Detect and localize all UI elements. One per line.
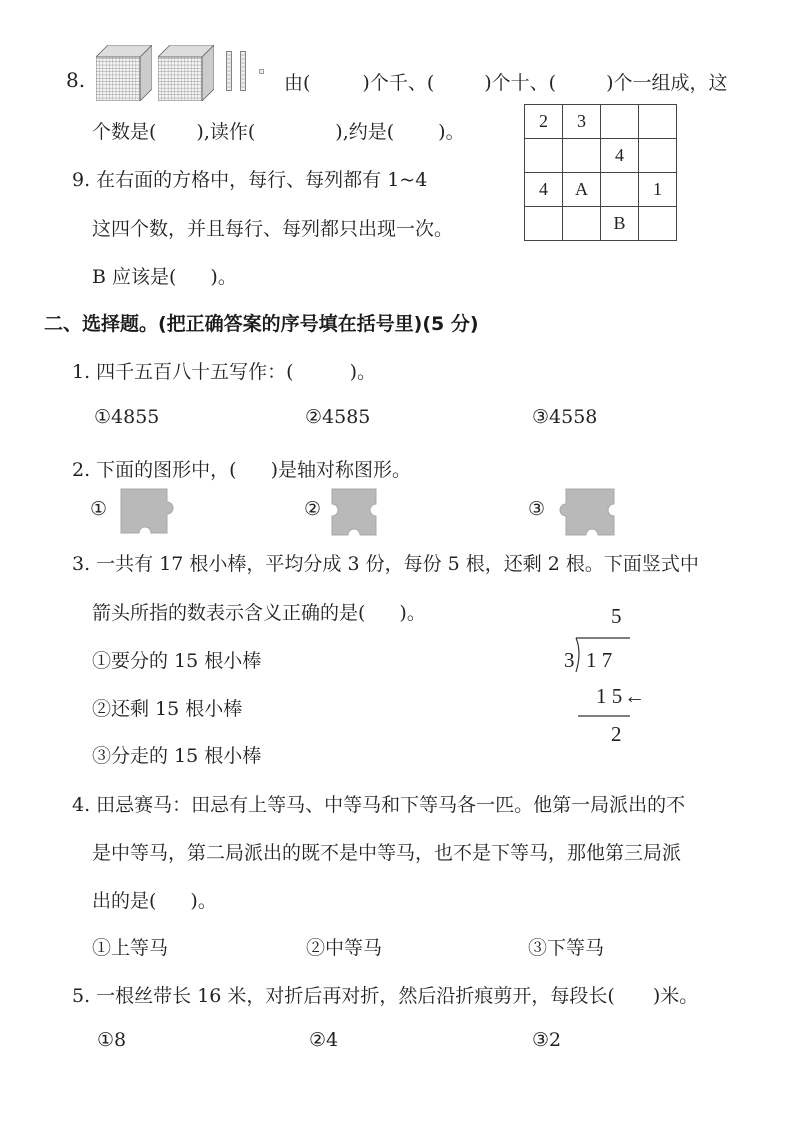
q9-line2: 这四个数，并且每行、每列都只出现一次。 <box>92 214 453 241</box>
q5-option[interactable]: ②4 <box>309 1029 338 1051</box>
q3-line2: 箭头所指的数表示含义正确的是()。 <box>92 598 426 625</box>
grid-cell <box>563 139 601 173</box>
q2-text: 2. 下面的图形中，( <box>72 459 237 481</box>
grid-cell: 2 <box>525 105 563 139</box>
q8-text: ),约是( <box>335 121 394 143</box>
q9-line1: 9. 在右面的方格中，每行、每列都有 1~4 <box>72 165 427 192</box>
divisor: 3 <box>564 648 575 673</box>
grid-cell <box>639 105 677 139</box>
grid-cell <box>525 207 563 241</box>
q8-text: )。 <box>438 121 464 143</box>
q9-text: B 应该是( <box>92 266 176 288</box>
grid-cell <box>601 173 639 207</box>
q2-stem: 2. 下面的图形中，()是轴对称图形。 <box>72 455 411 482</box>
product: 1 5 <box>596 684 622 709</box>
q4-line1: 4. 田忌赛马：田忌有上等马、中等马和下等马各一匹。他第一局派出的不 <box>72 790 685 817</box>
q8-text: 个数是( <box>92 121 156 143</box>
option-label: ② <box>304 498 321 520</box>
q5-text: 5. 一根丝带长 16 米，对折后再对折，然后沿折痕剪开，每段长( <box>72 985 615 1007</box>
puzzle-piece-3-icon <box>548 488 616 536</box>
q1-option[interactable]: ①4855 <box>94 406 159 428</box>
q8-number: 8. <box>66 68 85 92</box>
q4-option[interactable]: ③下等马 <box>528 933 604 960</box>
arrow-icon: ← <box>624 684 645 709</box>
option-label: ③ <box>528 498 545 520</box>
grid-cell: 3 <box>563 105 601 139</box>
q3-option[interactable]: ③分走的 15 根小棒 <box>92 741 261 768</box>
q4-option[interactable]: ②中等马 <box>306 933 382 960</box>
q8-line1: 由()个千、()个十、()个一组成，这 <box>284 68 728 95</box>
puzzle-piece-1-icon <box>120 488 178 534</box>
q5-text: )米。 <box>653 985 698 1007</box>
q4-text: )。 <box>190 890 216 912</box>
option-label: ① <box>90 498 107 520</box>
puzzle-piece-2-icon <box>326 488 382 536</box>
q1-stem: 1. 四千五百八十五写作：()。 <box>72 357 376 384</box>
thousand-cube-icon <box>96 45 152 101</box>
one-unit-icon <box>259 69 264 74</box>
grid-row: 4 <box>525 139 677 173</box>
q1-option[interactable]: ②4585 <box>305 406 370 428</box>
q8-line2: 个数是(),读作(),约是()。 <box>92 117 465 144</box>
grid-cell: 1 <box>639 173 677 207</box>
grid-row: 4 A 1 <box>525 173 677 207</box>
q3-text: 箭头所指的数表示含义正确的是( <box>92 602 365 624</box>
q3-option[interactable]: ②还剩 15 根小棒 <box>92 694 242 721</box>
grid-cell <box>639 139 677 173</box>
q3-line1: 3. 一共有 17 根小棒，平均分成 3 份，每份 5 根，还剩 2 根。下面竖… <box>72 549 699 576</box>
q5-option[interactable]: ③2 <box>532 1029 561 1051</box>
q5-stem: 5. 一根丝带长 16 米，对折后再对折，然后沿折痕剪开，每段长()米。 <box>72 981 698 1008</box>
ten-rod-icon <box>240 51 246 91</box>
dividend: 1 7 <box>586 648 612 673</box>
q3-option[interactable]: ①要分的 15 根小棒 <box>92 646 261 673</box>
subtraction-line <box>578 714 638 718</box>
q4-text: 出的是( <box>92 890 156 912</box>
grid-cell: A <box>563 173 601 207</box>
q3-text: )。 <box>399 602 425 624</box>
q4-option[interactable]: ①上等马 <box>92 933 168 960</box>
q8-text: )个十、( <box>484 72 556 94</box>
long-division: 5 3 1 7 1 5 ← 2 <box>560 604 680 764</box>
q1-text: )。 <box>350 361 376 383</box>
q1-text: 1. 四千五百八十五写作：( <box>72 361 294 383</box>
q9-text: )。 <box>210 266 236 288</box>
grid-cell: 4 <box>525 173 563 207</box>
grid-row: B <box>525 207 677 241</box>
grid-cell <box>601 105 639 139</box>
q9-line3: B 应该是()。 <box>92 262 237 289</box>
q8-text: )个千、( <box>362 72 434 94</box>
grid-cell <box>563 207 601 241</box>
q5-option[interactable]: ①8 <box>97 1029 126 1051</box>
quotient: 5 <box>611 604 622 629</box>
grid-cell <box>639 207 677 241</box>
grid-cell: B <box>601 207 639 241</box>
q4-line3: 出的是()。 <box>92 886 217 913</box>
thousand-cube-icon <box>158 45 214 101</box>
q2-text: )是轴对称图形。 <box>271 459 411 481</box>
grid-cell: 4 <box>601 139 639 173</box>
q4-line2: 是中等马，第二局派出的既不是中等马，也不是下等马，那他第三局派 <box>92 838 681 865</box>
q8-text: )个一组成，这 <box>606 72 727 94</box>
q8-text: ),读作( <box>196 121 255 143</box>
latin-square-grid: 2 3 4 4 A 1 B <box>524 104 677 241</box>
grid-cell <box>525 139 563 173</box>
section-title: 二、选择题。(把正确答案的序号填在括号里)(5 分) <box>44 309 479 336</box>
q8-text: 由( <box>284 72 310 94</box>
q1-option[interactable]: ③4558 <box>532 406 597 428</box>
ten-rod-icon <box>226 51 232 91</box>
grid-row: 2 3 <box>525 105 677 139</box>
remainder: 2 <box>611 722 622 747</box>
